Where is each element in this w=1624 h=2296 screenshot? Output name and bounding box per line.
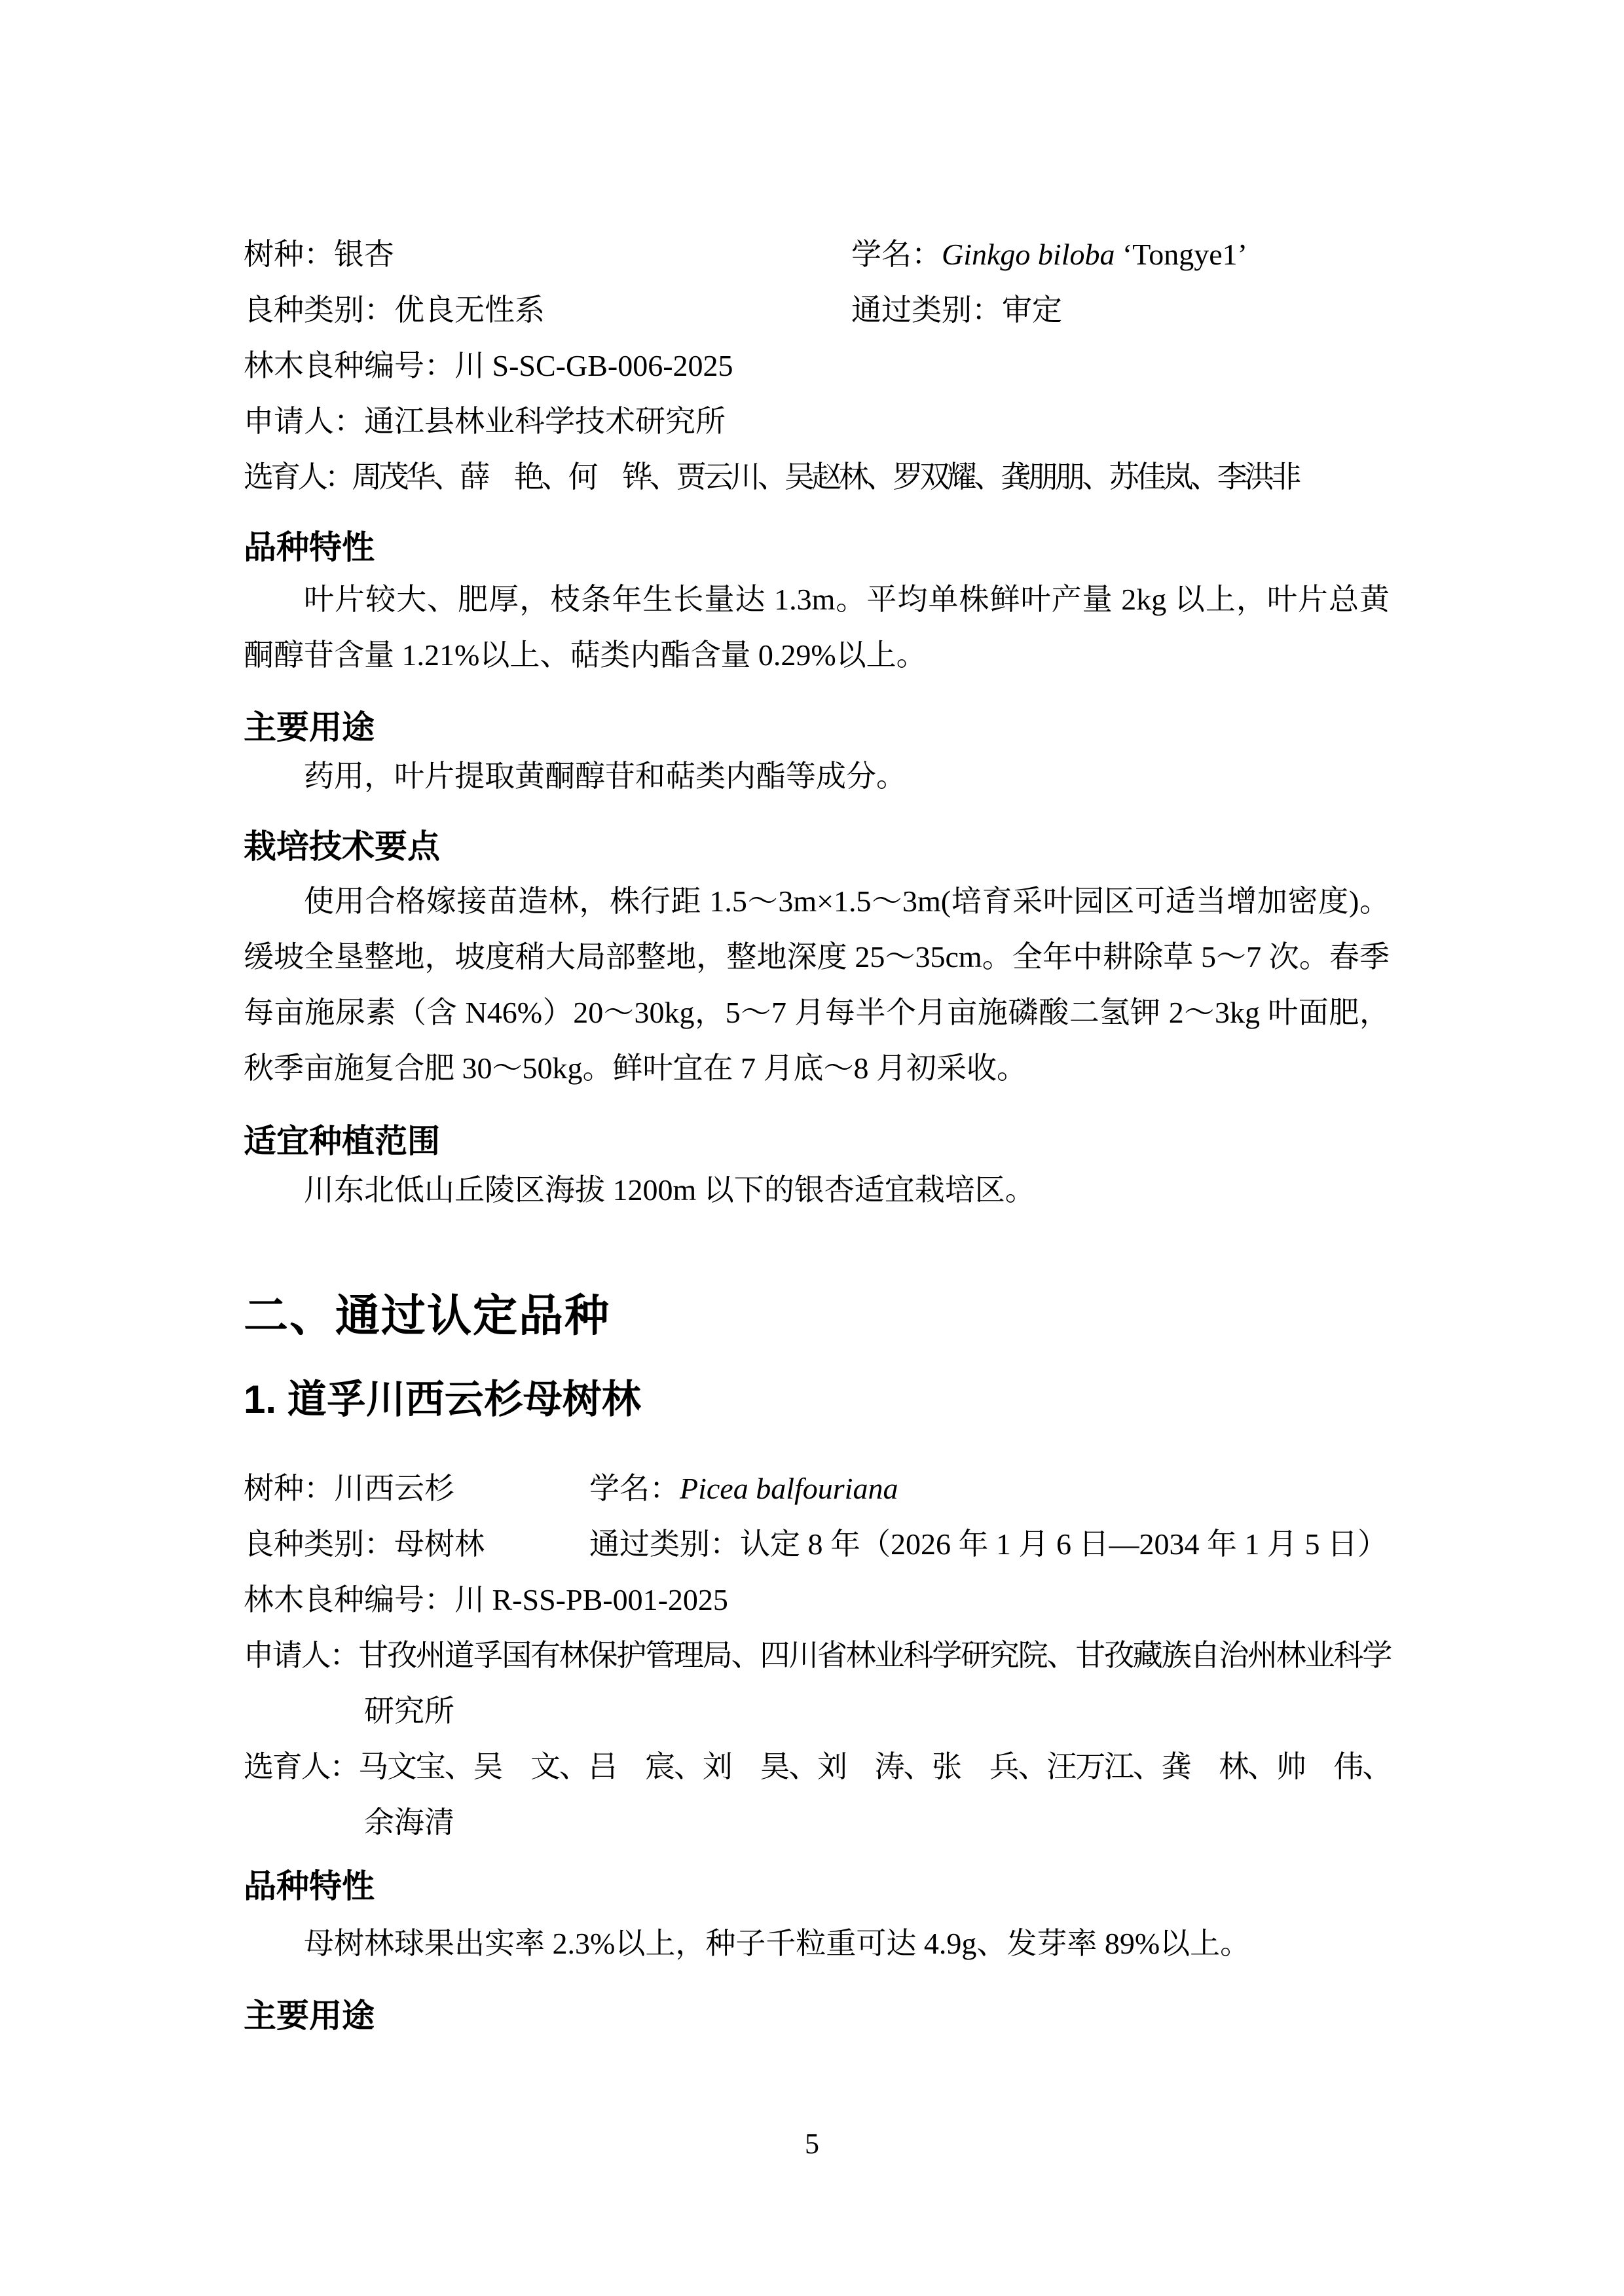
- latin-name-label: 学名：: [851, 238, 942, 271]
- variety1-traits-heading: 品种特性: [244, 526, 1390, 568]
- variety1-applicant-row: 申请人：通江县林业科学技术研究所: [244, 393, 1390, 449]
- variety1-latin-name-field: 学名：Ginkgo biloba ‘Tongye1’: [851, 227, 1247, 282]
- variety1-species-field: 树种：银杏: [244, 238, 394, 271]
- variety1-range-heading: 适宜种植范围: [244, 1120, 1390, 1162]
- variety1-applicant-field: 申请人：通江县林业科学技术研究所: [244, 405, 726, 438]
- variety2-traits-paragraph: 母树林球果出实率 2.3%以上，种子千粒重可达 4.9g、发芽率 89%以上。: [244, 1916, 1390, 1971]
- latin-name-cultivar: ‘Tongye1’: [1115, 238, 1247, 271]
- variety2-applicant-row: 申请人：甘孜州道孚国有林保护管理局、四川省林业科学研究院、甘孜藏族自治州林业科学: [244, 1628, 1390, 1683]
- section2-sub1-heading: 1. 道孚川西云杉母树林: [244, 1376, 1390, 1424]
- variety2-applicant-field-line1: 申请人：甘孜州道孚国有林保护管理局、四川省林业科学研究院、甘孜藏族自治州林业科学: [244, 1639, 1391, 1672]
- variety2-code-field: 林木良种编号：川 R-SS-PB-001-2025: [244, 1583, 728, 1616]
- variety2-applicant-continuation: 研究所: [244, 1683, 1390, 1739]
- variety2-traits-heading: 品种特性: [244, 1865, 1390, 1907]
- section2-heading: 二、通过认定品种: [244, 1289, 1390, 1343]
- variety1-code-field: 林木良种编号：川 S-SC-GB-006-2025: [244, 349, 733, 382]
- page-number: 5: [0, 2116, 1624, 2172]
- variety1-breeders-row: 选育人：周茂华、薛 艳、何 铧、贾云川、吴赵林、罗双耀、龚朋朋、苏佳岚、李洪非: [244, 449, 1390, 505]
- variety2-species-field: 树种：川西云杉: [244, 1472, 454, 1505]
- variety2-info-block: 树种：川西云杉 学名：Picea balfouriana 良种类别：母树林 通过…: [244, 1461, 1390, 1850]
- variety1-traits-paragraph: 叶片较大、肥厚，枝条年生长量达 1.3m。平均单株鲜叶产量 2kg 以上，叶片总…: [244, 572, 1390, 683]
- variety2-category-field: 良种类别：母树林: [244, 1527, 485, 1561]
- variety1-cultivation-paragraph: 使用合格嫁接苗造林，株行距 1.5～3m×1.5～3m(培育采叶园区可适当增加密…: [244, 873, 1390, 1096]
- variety2-breeders-field-line2: 余海清: [364, 1806, 454, 1839]
- latin-name-italic: Picea balfouriana: [680, 1472, 898, 1505]
- variety2-code-row: 林木良种编号：川 R-SS-PB-001-2025: [244, 1572, 1390, 1628]
- document-page: 树种：银杏 学名：Ginkgo biloba ‘Tongye1’ 良种类别：优良…: [0, 0, 1624, 2296]
- variety2-uses-heading: 主要用途: [244, 1995, 1390, 2037]
- variety1-breeders-field: 选育人：周茂华、薛 艳、何 铧、贾云川、吴赵林、罗双耀、龚朋朋、苏佳岚、李洪非: [244, 460, 1299, 494]
- variety2-breeders-continuation: 余海清: [244, 1795, 1390, 1850]
- variety1-category-row: 良种类别：优良无性系 通过类别：审定: [244, 282, 1390, 338]
- variety1-approval-field: 通过类别：审定: [851, 282, 1062, 338]
- variety2-category-row: 良种类别：母树林 通过类别：认定 8 年（2026 年 1 月 6 日—2034…: [244, 1516, 1390, 1572]
- variety1-uses-heading: 主要用途: [244, 706, 1390, 748]
- variety2-species-row: 树种：川西云杉 学名：Picea balfouriana: [244, 1461, 1390, 1516]
- variety1-range-paragraph: 川东北低山丘陵区海拔 1200m 以下的银杏适宜栽培区。: [244, 1162, 1390, 1218]
- variety1-code-row: 林木良种编号：川 S-SC-GB-006-2025: [244, 338, 1390, 393]
- variety2-latin-name-field: 学名：Picea balfouriana: [589, 1461, 898, 1516]
- variety1-category-field: 良种类别：优良无性系: [244, 293, 545, 327]
- variety2-breeders-row: 选育人：马文宝、吴 文、吕 宸、刘 昊、刘 涛、张 兵、汪万江、龚 林、帅 伟、: [244, 1739, 1390, 1795]
- variety1-uses-paragraph: 药用，叶片提取黄酮醇苷和萜类内酯等成分。: [244, 748, 1390, 804]
- variety1-species-row: 树种：银杏 学名：Ginkgo biloba ‘Tongye1’: [244, 227, 1390, 282]
- latin-name-label: 学名：: [589, 1472, 680, 1505]
- variety2-approval-field: 通过类别：认定 8 年（2026 年 1 月 6 日—2034 年 1 月 5 …: [589, 1516, 1388, 1572]
- variety1-cultivation-heading: 栽培技术要点: [244, 826, 1390, 867]
- variety1-info-block: 树种：银杏 学名：Ginkgo biloba ‘Tongye1’ 良种类别：优良…: [244, 227, 1390, 505]
- content-column: 树种：银杏 学名：Ginkgo biloba ‘Tongye1’ 良种类别：优良…: [244, 0, 1390, 2037]
- variety2-breeders-field-line1: 选育人：马文宝、吴 文、吕 宸、刘 昊、刘 涛、张 兵、汪万江、龚 林、帅 伟、: [244, 1750, 1391, 1783]
- variety2-applicant-field-line2: 研究所: [364, 1694, 454, 1728]
- latin-name-italic: Ginkgo biloba: [942, 238, 1115, 271]
